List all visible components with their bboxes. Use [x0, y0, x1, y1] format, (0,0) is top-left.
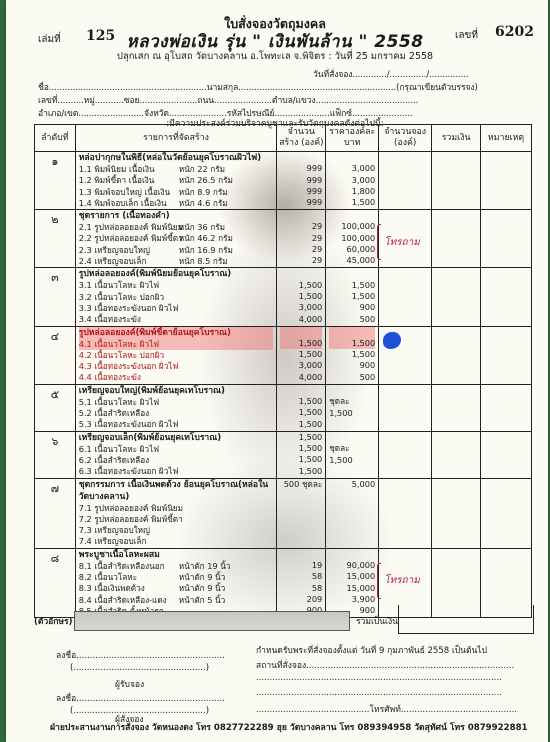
- num-value: 500 ชุดละ: [280, 479, 322, 490]
- unit-price-cell: ชุดละ 1,500: [326, 384, 379, 431]
- item-weight: [179, 419, 274, 430]
- num-value: 45,000: [329, 255, 375, 266]
- item-weight: หนัก 46.2 กรัม: [179, 233, 274, 244]
- table-group-row: ๕เหรียญจอบใหญ่(พิมพ์ย้อนยุคเทโบราณ)5.1 เ…: [35, 384, 532, 431]
- list-item: 2.4 เหรียญจอบเล็กหนัก 8.5 กรัม: [79, 256, 274, 267]
- item-name: 1.4 พิมพ์จอบเล็ก เนื้อเงิน: [79, 198, 179, 209]
- remark-cell[interactable]: [481, 268, 532, 326]
- table-group-row: ๖เหรียญจอบเล็ก(พิมพ์ย้อนยุคเทโบราณ)6.1 เ…: [35, 431, 532, 478]
- num-value: 5,000: [329, 479, 375, 490]
- num-value: [329, 490, 375, 501]
- num-value: [329, 512, 375, 523]
- item-weight: [179, 525, 274, 536]
- table-group-row: ๗ชุดกรรมการ เนื้อเงินพดด้วง ย้อนยุคโบราณ…: [35, 478, 532, 548]
- group-title: ชุดกรรมการ เนื้อเงินพดด้วง ย้อนยุคโบราณ(…: [79, 479, 274, 503]
- pickup-place-line[interactable]: สถานที่สั่งจอง..........................…: [256, 658, 514, 672]
- list-item: 2.3 เหรียญจอบใหญ่หนัก 16.9 กรัม: [79, 245, 274, 256]
- group-items: หล่อปากุกษในพิธี(หล่อในวัดย้อนยุคโบราณผิ…: [75, 152, 277, 210]
- qty-made-cell: 500 ชุดละ: [277, 478, 326, 548]
- item-weight: หน้าตัก 9 นิ้ว: [179, 572, 274, 583]
- list-item: 2.1 รูปหล่อลอยองค์ พิมพ์นิยมหนัก 36 กรัม: [79, 222, 274, 233]
- group-items: รูปหล่อลอยองค์(พิมพ์ขี้ตาย้อนยุคโบราณ)4.…: [75, 326, 277, 384]
- num-value: [280, 501, 322, 512]
- item-name: 2.4 เหรียญจอบเล็ก: [79, 256, 179, 267]
- address-field[interactable]: เลขที่..........หมู่...........ซอย......…: [38, 93, 418, 107]
- item-weight: หนัก 22 กรัม: [179, 164, 274, 175]
- item-weight: [179, 503, 274, 514]
- list-item: 6.2 เนื้อสำริดเหลือง: [79, 455, 274, 466]
- item-name: 1.1 พิมพ์นิยม เนื้อเงิน: [79, 164, 179, 175]
- contact-line: ฝ่ายประสานงานการสั่งจอง วัดหนองดง โทร 08…: [50, 720, 528, 734]
- item-weight: [179, 314, 274, 325]
- group-index: ๔: [35, 326, 76, 384]
- item-name: 1.2 พิมพ์ขี้ตา เนื้อเงิน: [79, 175, 179, 186]
- table-header-row: ลำดับที่ รายการที่จัดสร้าง จำนวนสร้าง (อ…: [35, 125, 532, 152]
- num-value: 999: [280, 175, 322, 186]
- pickup-phone-line[interactable]: ........................................…: [256, 702, 517, 716]
- item-name: 7.2 รูปหล่อลอยองค์ พิมพ์ขี้ตา: [79, 514, 179, 525]
- unit-price-cell: 5,000: [326, 478, 379, 548]
- qty-ordered-cell[interactable]: [379, 384, 432, 431]
- name-field[interactable]: ชื่อ....................................…: [38, 80, 478, 94]
- num-value: 1,500: [280, 454, 322, 465]
- item-name: 2.2 รูปหล่อลอยองค์ พิมพ์ขี้ตา: [79, 233, 179, 244]
- item-name: 3.4 เนื้อทองระฆัง: [79, 314, 179, 325]
- table-group-row: ๒ชุดรายการ (เนื้อทองคำ)2.1 รูปหล่อลอยองค…: [35, 210, 532, 268]
- unit-price-cell: 100,000100,00060,00045,000: [326, 210, 379, 268]
- num-value: 1,500: [329, 197, 375, 208]
- list-item: 4.1 เนื้อนวโลหะ ผิวไฟ: [79, 339, 274, 350]
- num-value: 4,000: [280, 314, 322, 325]
- group-items: ชุดกรรมการ เนื้อเงินพดด้วง ย้อนยุคโบราณ(…: [75, 478, 277, 548]
- amount-in-words-box[interactable]: [74, 611, 350, 631]
- group-items: เหรียญจอบใหญ่(พิมพ์ย้อนยุคเทโบราณ)5.1 เน…: [75, 384, 277, 431]
- num-value: 500: [329, 372, 375, 383]
- item-weight: หนัก 16.9 กรัม: [179, 245, 274, 256]
- num-value: 500: [329, 314, 375, 325]
- pickup-notice: กำหนดรับพระที่สั่งจองตั้งแต่ วันที่ 9 กุ…: [256, 643, 487, 657]
- order-date-field[interactable]: วันที่สั่งจอง............./.............…: [313, 67, 469, 81]
- col-index: ลำดับที่: [35, 125, 76, 152]
- list-item: 6.1 เนื้อนวโลหะ ผิวไฟ: [79, 444, 274, 455]
- num-value: [280, 385, 322, 396]
- num-value: [280, 327, 322, 338]
- list-item: 1.1 พิมพ์นิยม เนื้อเงินหนัก 22 กรัม: [79, 164, 274, 175]
- num-value: 3,000: [280, 302, 322, 313]
- receiver-name-line[interactable]: (.......................................…: [70, 663, 209, 673]
- group-index: ๗: [35, 478, 76, 548]
- num-value: 1,500: [329, 280, 375, 291]
- num-value: [280, 524, 322, 535]
- num-value: 100,000: [329, 221, 375, 232]
- group-items: พระบูชาเนื้อโลหะผสม8.1 เนื้อสำริดเหลืองน…: [75, 548, 277, 617]
- num-value: 1,500: [280, 466, 322, 477]
- ceremony-line: ปลุกเสก ณ อุโบสถ วัดบางคลาน อ.โพทะเล จ.พ…: [0, 49, 550, 64]
- total-cell[interactable]: [432, 210, 481, 268]
- pickup-blank-line-1[interactable]: ........................................…: [256, 673, 502, 683]
- group-index: ๒: [35, 210, 76, 268]
- num-value: 29: [280, 221, 322, 232]
- list-item: 8.4 เนื้อสำริดเหลือง-แดงหน้าตัก 5 นิ้ว: [79, 595, 274, 606]
- list-item: 7.3 เหรียญจอบใหญ่: [79, 525, 274, 536]
- amount-in-words-label: (ตัวอักษร): [34, 614, 72, 628]
- num-value: 1,500: [280, 407, 322, 418]
- item-weight: หนัก 8.5 กรัม: [179, 256, 274, 267]
- num-value: 3,000: [329, 163, 375, 174]
- order-table: ลำดับที่ รายการที่จัดสร้าง จำนวนสร้าง (อ…: [34, 124, 532, 618]
- num-value: 100,000: [329, 233, 375, 244]
- unit-price-cell: ชุดละ 1,500: [326, 431, 379, 478]
- brace-mark: [377, 224, 381, 260]
- num-value: 29: [280, 244, 322, 255]
- table-group-row: ๔รูปหล่อลอยองค์(พิมพ์ขี้ตาย้อนยุคโบราณ)4…: [35, 326, 532, 384]
- col-unit-price: ราคาองค์ละ บาท: [326, 125, 379, 152]
- item-name: 3.1 เนื้อนวโลหะ ผิวไฟ: [79, 280, 179, 291]
- num-value: [329, 152, 375, 163]
- remark-cell[interactable]: [481, 152, 532, 210]
- set-price: ชุดละ 1,500: [329, 396, 375, 419]
- item-name: 1.3 พิมพ์จอบใหญ่ เนื้อเงิน: [79, 187, 179, 198]
- num-value: 3,000: [280, 360, 322, 371]
- num-value: 1,500: [280, 291, 322, 302]
- group-items: เหรียญจอบเล็ก(พิมพ์ย้อนยุคเทโบราณ)6.1 เน…: [75, 431, 277, 478]
- qty-ordered-cell[interactable]: โทรถาม: [379, 210, 432, 268]
- item-weight: [179, 303, 274, 314]
- group-index: ๘: [35, 548, 76, 617]
- qty-ordered-cell[interactable]: [379, 268, 432, 326]
- item-weight: [179, 397, 274, 408]
- num-value: [329, 268, 375, 279]
- item-name: 8.2 เนื้อนวโลหะ: [79, 572, 179, 583]
- num-value: 1,500: [280, 349, 322, 360]
- qty-made-cell: 999999999999: [277, 152, 326, 210]
- num-value: 3,900: [329, 594, 375, 605]
- list-item: 8.2 เนื้อนวโลหะหน้าตัก 9 นิ้ว: [79, 572, 274, 583]
- num-value: [280, 268, 322, 279]
- item-weight: [179, 292, 274, 303]
- item-weight: [179, 339, 274, 350]
- item-weight: หน้าตัก 9 นิ้ว: [179, 583, 274, 594]
- item-weight: [179, 455, 274, 466]
- num-value: [329, 524, 375, 535]
- group-index: ๕: [35, 384, 76, 431]
- qty-made-cell: 195858209900: [277, 548, 326, 617]
- item-name: 3.3 เนื้อทองระฆังนอก ผิวไฟ: [79, 303, 179, 314]
- item-name: 2.3 เหรียญจอบใหญ่: [79, 245, 179, 256]
- num-value: 15,000: [329, 583, 375, 594]
- list-item: 4.2 เนื้อนวโลหะ ปอกผิว: [79, 350, 274, 361]
- item-name: 5.1 เนื้อนวโลหะ ผิวไฟ: [79, 397, 179, 408]
- item-name: 6.2 เนื้อสำริดเหลือง: [79, 455, 179, 466]
- num-value: [280, 512, 322, 523]
- item-name: 3.2 เนื้อนวโลหะ ปอกผิว: [79, 292, 179, 303]
- pickup-blank-line-2[interactable]: ........................................…: [256, 688, 502, 698]
- num-value: [329, 549, 375, 560]
- list-item: 1.3 พิมพ์จอบใหญ่ เนื้อเงินหนัก 8.9 กรัม: [79, 187, 274, 198]
- list-item: 8.1 เนื้อสำริดเหลืองนอกหน้าตัก 19 นิ้ว: [79, 561, 274, 572]
- total-cell[interactable]: [432, 268, 481, 326]
- item-name: 5.2 เนื้อสำริดเหลือง: [79, 408, 179, 419]
- unit-price-cell: 1,5001,500900500: [326, 268, 379, 326]
- qty-made-cell: 1,5001,5001,500: [277, 384, 326, 431]
- item-name: 8.1 เนื้อสำริดเหลืองนอก: [79, 561, 179, 572]
- table-group-row: ๓รูปหล่อลอยองค์(พิมพ์นิยมย้อนยุคโบราณ)3.…: [35, 268, 532, 326]
- unit-price-cell: 1,5001,500900500: [326, 326, 379, 384]
- item-name: 5.3 เนื้อทองระฆังนอก ผิวไฟ: [79, 419, 179, 430]
- item-weight: [179, 466, 274, 477]
- num-value: 1,500: [329, 349, 375, 360]
- list-item: 7.2 รูปหล่อลอยองค์ พิมพ์ขี้ตา: [79, 514, 274, 525]
- list-item: 3.1 เนื้อนวโลหะ ผิวไฟ: [79, 280, 274, 291]
- num-value: 1,500: [280, 396, 322, 407]
- qty-ordered-cell[interactable]: [379, 478, 432, 548]
- item-weight: หนัก 26.5 กรัม: [179, 175, 274, 186]
- remark-cell[interactable]: [481, 431, 532, 478]
- num-value: 90,000: [329, 560, 375, 571]
- total-label: รวมเป็นเงิน: [356, 614, 398, 628]
- num-value: 209: [280, 594, 322, 605]
- num-value: [329, 501, 375, 512]
- unit-price-cell: 90,00015,00015,0003,900900: [326, 548, 379, 617]
- list-item: 3.2 เนื้อนวโลหะ ปอกผิว: [79, 292, 274, 303]
- num-value: 1,500: [280, 432, 322, 443]
- item-weight: [179, 408, 274, 419]
- col-item: รายการที่จัดสร้าง: [75, 125, 277, 152]
- form-number: 6202: [495, 24, 534, 40]
- num-value: 1,800: [329, 186, 375, 197]
- num-value: 19: [280, 560, 322, 571]
- qty-ordered-cell[interactable]: [379, 431, 432, 478]
- remark-cell[interactable]: [481, 210, 532, 268]
- num-value: 15,000: [329, 571, 375, 582]
- remark-cell[interactable]: [481, 326, 532, 384]
- total-cell[interactable]: [432, 384, 481, 431]
- group-index: ๑: [35, 152, 76, 210]
- num-value: [329, 210, 375, 221]
- list-item: 8.3 เนื้อเงินพดด้วงหน้าตัก 9 นิ้ว: [79, 583, 274, 594]
- col-remark: หมายเหตุ: [481, 125, 532, 152]
- num-value: [280, 490, 322, 501]
- num-value: 1,500: [280, 443, 322, 454]
- item-name: 4.4 เนื้อทองระฆัง: [79, 372, 179, 383]
- group-title: รูปหล่อลอยองค์(พิมพ์นิยมย้อนยุคโบราณ): [79, 268, 274, 280]
- list-item: 1.4 พิมพ์จอบเล็ก เนื้อเงินหนัก 4.6 กรัม: [79, 198, 274, 209]
- item-weight: [179, 372, 274, 383]
- note-text: โทรถาม: [384, 235, 420, 250]
- qty-ordered-cell[interactable]: [379, 152, 432, 210]
- item-name: 8.4 เนื้อสำริดเหลือง-แดง: [79, 595, 179, 606]
- num-value: 900: [329, 360, 375, 371]
- item-weight: [179, 280, 274, 291]
- list-item: 5.2 เนื้อสำริดเหลือง: [79, 408, 274, 419]
- receiver-label: ผู้รับจอง: [115, 677, 144, 691]
- remark-cell[interactable]: [481, 384, 532, 431]
- list-item: 6.3 เนื้อทองระฆังนอก ผิวไฟ: [79, 466, 274, 477]
- item-name: 4.1 เนื้อนวโลหะ ผิวไฟ: [79, 339, 179, 350]
- item-weight: [179, 350, 274, 361]
- group-title: เหรียญจอบเล็ก(พิมพ์ย้อนยุคเทโบราณ): [79, 432, 274, 444]
- num-value: 58: [280, 583, 322, 594]
- list-item: 2.2 รูปหล่อลอยองค์ พิมพ์ขี้ตาหนัก 46.2 ก…: [79, 233, 274, 244]
- total-cell[interactable]: [432, 431, 481, 478]
- list-item: 5.3 เนื้อทองระฆังนอก ผิวไฟ: [79, 419, 274, 430]
- brace-mark: [377, 563, 381, 599]
- num-value: 1,500: [280, 338, 322, 349]
- item-weight: หน้าตัก 5 นิ้ว: [179, 595, 274, 606]
- item-name: 7.1 รูปหล่อลอยองค์ พิมพ์นิยม: [79, 503, 179, 514]
- num-value: 4,000: [280, 372, 322, 383]
- group-title: รูปหล่อลอยองค์(พิมพ์ขี้ตาย้อนยุคโบราณ): [79, 327, 274, 339]
- num-value: 900: [329, 302, 375, 313]
- num-value: 999: [280, 186, 322, 197]
- item-weight: หน้าตัก 19 นิ้ว: [179, 561, 274, 572]
- note-text: โทรถาม: [384, 573, 420, 588]
- list-item: 3.3 เนื้อทองระฆังนอก ผิวไฟ: [79, 303, 274, 314]
- qty-made-cell: 29292929: [277, 210, 326, 268]
- col-qty-ordered: จำนวนจอง (องค์): [379, 125, 432, 152]
- group-items: ชุดรายการ (เนื้อทองคำ)2.1 รูปหล่อลอยองค์…: [75, 210, 277, 268]
- set-price: ชุดละ 1,500: [329, 443, 375, 466]
- receiver-sign-line[interactable]: ลงชื่อ..................................…: [56, 648, 225, 662]
- item-weight: [179, 444, 274, 455]
- handwritten-note: โทรถาม: [377, 563, 420, 599]
- qty-made-cell: 1,5001,5003,0004,000: [277, 326, 326, 384]
- list-item: 5.1 เนื้อนวโลหะ ผิวไฟ: [79, 397, 274, 408]
- item-weight: [179, 361, 274, 372]
- item-name: 6.1 เนื้อนวโลหะ ผิวไฟ: [79, 444, 179, 455]
- group-index: ๖: [35, 431, 76, 478]
- col-qty-made: จำนวนสร้าง (องค์): [277, 125, 326, 152]
- num-value: [329, 327, 375, 338]
- list-item: 7.4 เหรียญจอบเล็ก: [79, 536, 274, 547]
- list-item: 3.4 เนื้อทองระฆัง: [79, 314, 274, 325]
- item-weight: หนัก 4.6 กรัม: [179, 198, 274, 209]
- group-index: ๓: [35, 268, 76, 326]
- num-value: 60,000: [329, 244, 375, 255]
- num-value: 29: [280, 255, 322, 266]
- item-weight: [179, 536, 274, 547]
- unit-price-cell: 3,0003,0001,8001,500: [326, 152, 379, 210]
- group-title: เหรียญจอบใหญ่(พิมพ์ย้อนยุคเทโบราณ): [79, 385, 274, 397]
- group-title: หล่อปากุกษในพิธี(หล่อในวัดย้อนยุคโบราณผิ…: [79, 152, 274, 164]
- item-name: 2.1 รูปหล่อลอยองค์ พิมพ์นิยม: [79, 222, 179, 233]
- list-item: 7.1 รูปหล่อลอยองค์ พิมพ์นิยม: [79, 503, 274, 514]
- qty-made-cell: 1,5001,5003,0004,000: [277, 268, 326, 326]
- total-cell[interactable]: [432, 478, 481, 548]
- num-value: [280, 549, 322, 560]
- num-value: [280, 210, 322, 221]
- item-weight: หนัก 36 กรัม: [179, 222, 274, 233]
- item-weight: [179, 514, 274, 525]
- list-item: 4.3 เนื้อทองระฆังนอก ผิวไฟ: [79, 361, 274, 372]
- item-name: 8.3 เนื้อเงินพดด้วง: [79, 583, 179, 594]
- num-value: 999: [280, 197, 322, 208]
- orderer-sign-line[interactable]: ลงชื่อ..................................…: [56, 691, 225, 705]
- group-items: รูปหล่อลอยองค์(พิมพ์นิยมย้อนยุคโบราณ)3.1…: [75, 268, 277, 326]
- group-title: พระบูชาเนื้อโลหะผสม: [79, 549, 274, 561]
- handwritten-note: โทรถาม: [377, 224, 420, 260]
- item-name: 7.4 เหรียญจอบเล็ก: [79, 536, 179, 547]
- num-value: 3,000: [329, 175, 375, 186]
- item-weight: หนัก 8.9 กรัม: [179, 187, 274, 198]
- item-name: 6.3 เนื้อทองระฆังนอก ผิวไฟ: [79, 466, 179, 477]
- total-cell[interactable]: [432, 326, 481, 384]
- item-name: 7.3 เหรียญจอบใหญ่: [79, 525, 179, 536]
- num-value: 1,500: [280, 419, 322, 430]
- table-group-row: ๑หล่อปากุกษในพิธี(หล่อในวัดย้อนยุคโบราณผ…: [35, 152, 532, 210]
- qty-made-cell: 1,5001,5001,5001,500: [277, 431, 326, 478]
- total-cell[interactable]: [432, 152, 481, 210]
- num-value: 29: [280, 233, 322, 244]
- num-value: 1,500: [329, 338, 375, 349]
- number-label: เลขที่: [455, 28, 478, 43]
- list-item: 1.2 พิมพ์ขี้ตา เนื้อเงินหนัก 26.5 กรัม: [79, 175, 274, 186]
- num-value: 58: [280, 571, 322, 582]
- num-value: 1,500: [280, 280, 322, 291]
- num-value: 1,500: [329, 291, 375, 302]
- remark-cell[interactable]: [481, 478, 532, 548]
- col-total: รวมเงิน: [432, 125, 481, 152]
- list-item: 4.4 เนื้อทองระฆัง: [79, 372, 274, 383]
- item-name: 4.3 เนื้อทองระฆังนอก ผิวไฟ: [79, 361, 179, 372]
- num-value: 999: [280, 163, 322, 174]
- group-title: ชุดรายการ (เนื้อทองคำ): [79, 210, 274, 222]
- total-amount-box[interactable]: [398, 605, 534, 634]
- item-name: 4.2 เนื้อนวโลหะ ปอกผิว: [79, 350, 179, 361]
- num-value: [280, 152, 322, 163]
